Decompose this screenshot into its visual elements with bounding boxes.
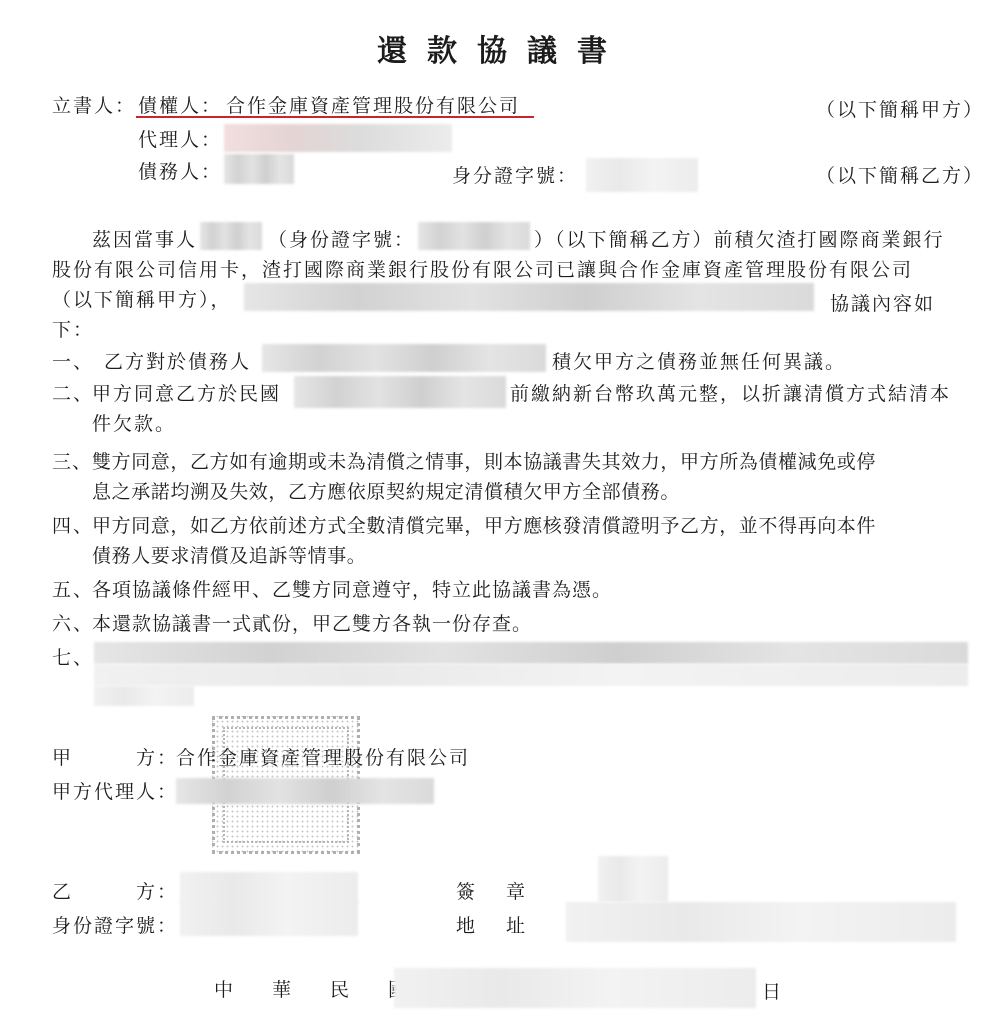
debtor-name-redacted (224, 154, 294, 184)
clause-1-text-a: 乙方對於債務人 (104, 350, 251, 374)
party-a-label-1: 甲 (52, 746, 73, 770)
preamble-line1-b: （身份證字號： (268, 228, 415, 252)
clause-2-text-a: 甲方同意乙方於民國 (92, 382, 281, 406)
debtor-label: 債務人： (138, 160, 222, 184)
document-title: 還款協議書 (0, 26, 1004, 70)
clause-7-redacted-line1 (94, 642, 968, 664)
clause-5-num: 五、 (52, 578, 94, 602)
preamble-id-redacted (418, 222, 530, 250)
date-redacted (394, 968, 756, 1008)
clause-4-text-a: 甲方同意，如乙方依前述方式全數清償完畢，甲方應核發清償證明予乙方，並不得再向本件 (92, 514, 876, 538)
address-redacted (566, 902, 956, 942)
clause-2-text-c: 件欠款。 (92, 412, 176, 436)
party-b-label-2: 方： (136, 880, 178, 904)
clause-5-text-a: 各項協議條件經甲、乙雙方同意遵守，特立此協議書為憑。 (92, 578, 612, 602)
agent-name-redacted (224, 124, 452, 152)
party-b-id-redacted (180, 900, 358, 936)
party-a-name: 合作金庫資產管理股份有限公司 (176, 746, 470, 770)
date-prefix: 中 華 民 國 (214, 978, 417, 1002)
clause-4-text-b: 債務人要求清償及追訴等情事。 (92, 544, 366, 568)
preamble-line3-a: （以下簡稱甲方）， (52, 288, 232, 312)
clause-6-text-a: 本還款協議書一式貳份，甲乙雙方各執一份存查。 (92, 612, 532, 636)
clause-4-num: 四、 (52, 514, 94, 538)
clause-3-num: 三、 (52, 450, 92, 474)
signatory-label: 立書人： (52, 94, 136, 118)
clause-2-text-b: 前繳納新台幣玖萬元整，以折讓清償方式結清本 (510, 382, 951, 406)
clause-3-text-a: 雙方同意，乙方如有逾期或未為清償之情事，則本協議書失其效力，甲方所為債權減免或停 (92, 450, 876, 474)
clause-1-text-b: 積欠甲方之債務並無任何異議。 (552, 350, 846, 374)
id-label: 身分證字號： (452, 164, 578, 188)
debtor-alias: （以下簡稱乙方） (816, 164, 984, 188)
preamble-line1-c: ）（以下簡稱乙方）前積欠渣打國際商業銀行 (534, 228, 945, 252)
party-a-agent-label: 甲方代理人： (52, 780, 178, 804)
preamble-line1-a: 茲因當事人 (92, 228, 197, 252)
clause-7-redacted-line2 (94, 664, 968, 686)
clause-2-date-redacted (294, 376, 506, 408)
id-value-redacted (586, 158, 698, 192)
party-b-id-label: 身份證字號： (52, 914, 178, 938)
clause-7-num: 七、 (52, 646, 94, 670)
party-a-agent-redacted (176, 778, 434, 804)
clause-2-num: 二、 (52, 382, 94, 406)
preamble-line2: 股份有限公司信用卡，渣打國際商業銀行股份有限公司已讓與合作金庫資產管理股份有限公… (52, 258, 913, 282)
party-name-redacted (200, 222, 262, 250)
creditor-label: 債權人： (138, 94, 222, 118)
party-b-label-1: 乙 (52, 880, 73, 904)
signature-redacted (598, 856, 668, 902)
address-label: 地 址 (456, 914, 531, 938)
creditor-underline (136, 116, 534, 118)
creditor-alias: （以下簡稱甲方） (816, 98, 984, 122)
clause-1-redacted (262, 344, 546, 372)
sign-label: 簽 章 (456, 880, 531, 904)
date-suffix: 日 (762, 980, 783, 1004)
clause-3-text-b: 息之承諾均溯及失效，乙方應依原契約規定清償積欠甲方全部債務。 (92, 480, 680, 504)
preamble-line4: 下： (52, 318, 94, 342)
creditor-name: 合作金庫資產管理股份有限公司 (226, 94, 520, 118)
clause-6-num: 六、 (52, 612, 94, 636)
agent-label: 代理人： (138, 128, 222, 152)
preamble-details-redacted (244, 283, 814, 311)
preamble-line3-b: 協議內容如 (830, 292, 935, 316)
clause-7-redacted-line3 (94, 686, 194, 706)
party-a-label-2: 方： (136, 746, 178, 770)
clause-1-num: 一、 (52, 350, 94, 374)
